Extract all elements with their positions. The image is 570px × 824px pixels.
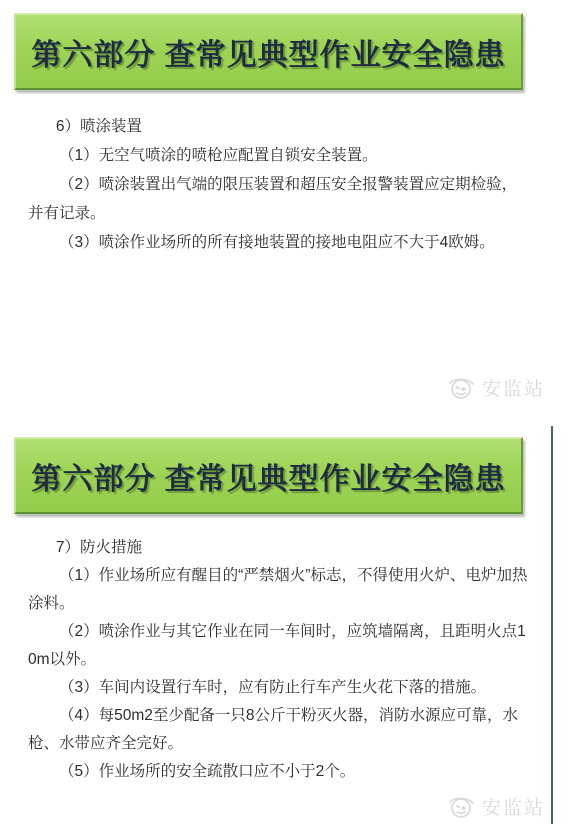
section-1-heading: 6）喷涂装置 [28,112,528,141]
section-2-item: （4）每50m2至少配备一只8公斤干粉灭火器，消防水源应可靠，水枪、水带应齐全完… [28,702,528,758]
section-2-heading: 7）防火措施 [28,534,528,562]
section-2-item: （3）车间内设置行车时，应有防止行车产生火花下落的措施。 [28,674,528,702]
section-1-title: 第六部分 查常见典型作业安全隐患 [31,30,505,74]
section-1-item: （2）喷涂装置出气端的限压装置和超压安全报警装置应定期检验，并有记录。 [28,170,528,228]
section-1-item: （3）喷涂作业场所的所有接地装置的接地电阻应不大于4欧姆。 [28,228,528,257]
section-2-item: （5）作业场所的安全疏散口应不小于2个。 [28,758,528,786]
slide-right-edge-line [551,426,553,824]
section-2-title: 第六部分 查常见典型作业安全隐患 [31,454,505,498]
section-2-header-banner: 第六部分 查常见典型作业安全隐患 [14,437,523,514]
watermark-bottom: 安监站 [446,793,545,820]
winking-face-icon [446,375,476,401]
section-1-body: 6）喷涂装置 （1）无空气喷涂的喷枪应配置自锁安全装置。 （2）喷涂装置出气端的… [28,112,528,257]
watermark-label: 安监站 [482,374,545,401]
section-1-item: （1）无空气喷涂的喷枪应配置自锁安全装置。 [28,141,528,170]
section-2-body: 7）防火措施 （1）作业场所应有醒目的“严禁烟火”标志，不得使用火炉、电炉加热涂… [28,534,528,786]
section-2-item: （2）喷涂作业与其它作业在同一车间时，应筑墙隔离，且距明火点10m以外。 [28,618,528,674]
watermark-top: 安监站 [446,374,545,401]
watermark-label: 安监站 [482,793,545,820]
section-1-header-banner: 第六部分 查常见典型作业安全隐患 [14,13,523,90]
winking-face-icon [446,794,476,820]
section-2-item: （1）作业场所应有醒目的“严禁烟火”标志，不得使用火炉、电炉加热涂料。 [28,562,528,618]
